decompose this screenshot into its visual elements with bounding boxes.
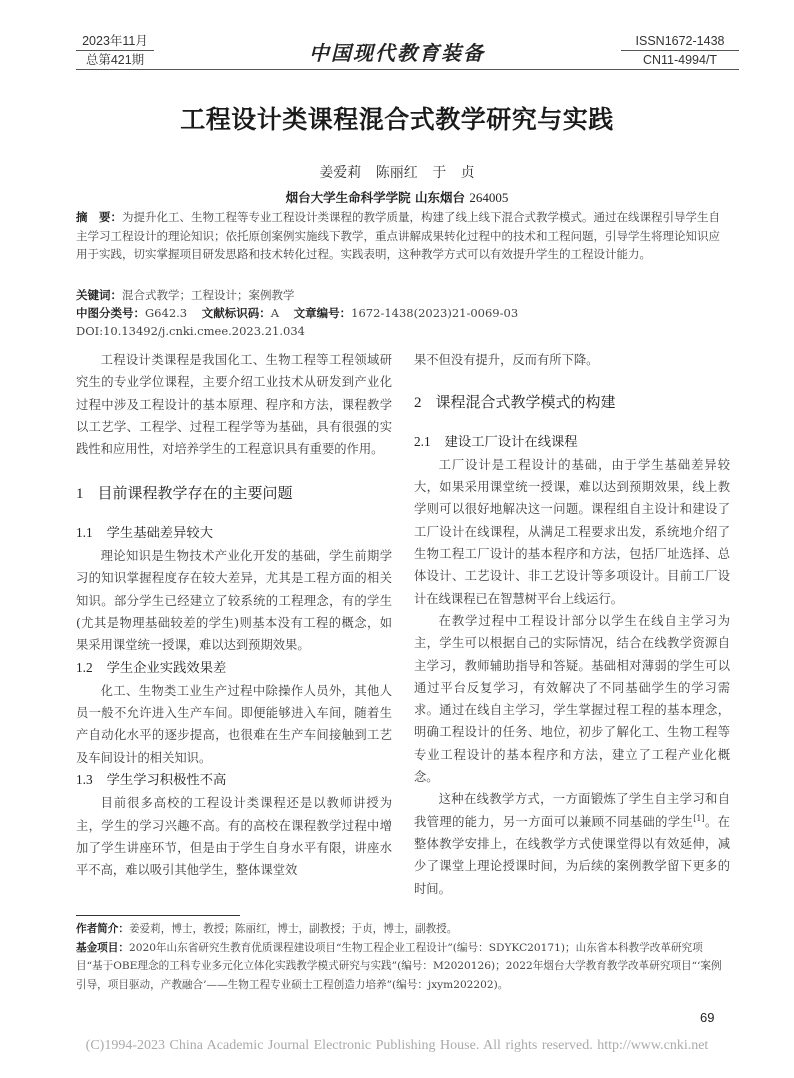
article-no-value: 1672-1438(2023)21-0069-03 xyxy=(351,306,518,320)
article-no-label: 文章编号： xyxy=(294,306,352,320)
page-number: 69 xyxy=(700,1010,714,1025)
subsection-title: 建设工厂设计在线课程 xyxy=(445,435,578,450)
clc-value: G642.3 xyxy=(145,306,187,320)
subsection-1-3-heading: 1.3学生学习积极性不高 xyxy=(76,769,392,792)
keywords-label: 关键词： xyxy=(76,288,122,302)
article-title: 工程设计类课程混合式教学研究与实践 xyxy=(0,100,794,136)
footnotes: 作者简介：姜爱莉，博士，教授；陈丽红，博士，副教授；于贞，博士，副教授。 基金项… xyxy=(76,920,728,994)
paragraph: 这种在线教学方式，一方面锻炼了学生自主学习和自我管理的能力，另一方面可以兼顾不同… xyxy=(414,788,730,899)
paragraph-continued: 果不但没有提升，反而有所下降。 xyxy=(414,349,730,371)
paragraph: 化工、生物类工业生产过程中除操作人员外，其他人员一般不允许进入生产车间。即便能够… xyxy=(76,680,392,769)
affiliation-name: 烟台大学生命科学学院 山东烟台 xyxy=(286,190,465,205)
cn-number: CN11-4994/T xyxy=(621,51,739,68)
subsection-number: 1.1 xyxy=(76,525,93,540)
author-info-text: 姜爱莉，博士，教授；陈丽红，博士，副教授；于贞，博士，副教授。 xyxy=(129,923,457,935)
abstract: 摘 要：为提升化工、生物工程等专业工程设计类课程的教学质量，构建了线上线下混合式… xyxy=(76,208,728,264)
subsection-number: 1.2 xyxy=(76,660,93,675)
section-number: 2 xyxy=(414,395,422,411)
section-number: 1 xyxy=(76,486,84,502)
paragraph-text: 这种在线教学方式，一方面锻炼了学生自主学习和自我管理的能力，另一方面可以兼顾不同… xyxy=(414,792,730,828)
keywords: 关键词：混合式教学；工程设计；案例教学 xyxy=(76,286,728,304)
citation-ref[interactable]: [1] xyxy=(693,814,704,823)
intro-paragraph: 工程设计类课程是我国化工、生物工程等工程领域研究生的专业学位课程，主要介绍工业技… xyxy=(76,349,392,460)
issn-block: ISSN1672-1438 CN11-4994/T xyxy=(621,34,739,68)
header-rule xyxy=(76,69,739,70)
subsection-1-1-heading: 1.1学生基础差异较大 xyxy=(76,522,392,545)
footnote-rule xyxy=(76,915,240,916)
fund-info-label: 基金项目： xyxy=(76,942,129,954)
doi: DOI:10.13492/j.cnki.cmee.2023.21.034 xyxy=(76,322,728,340)
subsection-title: 学生企业实践效果差 xyxy=(107,661,227,676)
section-title: 目前课程教学存在的主要问题 xyxy=(98,484,293,502)
paragraph: 理论知识是生物技术产业化开发的基础，学生前期学习的知识掌握程度存在较大差异，尤其… xyxy=(76,545,392,656)
doc-code-label: 文献标识码： xyxy=(202,306,271,320)
copyright-notice: (C)1994-2023 China Academic Journal Elec… xyxy=(0,1038,794,1054)
doc-code-value: A xyxy=(271,306,279,320)
paragraph: 在教学过程中工程设计部分以学生在线自主学习为主，学生可以根据自己的实际情况，结合… xyxy=(414,610,730,788)
paragraph: 目前很多高校的工程设计类课程还是以教师讲授为主，学生的学习兴趣不高。有的高校在课… xyxy=(76,792,392,881)
section-1-heading: 1目前课程教学存在的主要问题 xyxy=(76,482,392,505)
subsection-title: 学生学习积极性不高 xyxy=(107,773,227,788)
subsection-number: 1.3 xyxy=(76,772,93,787)
left-column: 工程设计类课程是我国化工、生物工程等工程领域研究生的专业学位课程，主要介绍工业技… xyxy=(76,349,392,882)
fund-info-text: 2020年山东省研究生教育优质课程建设项目“生物工程企业工程设计”(编号：SDY… xyxy=(76,942,722,991)
keywords-text: 混合式教学；工程设计；案例教学 xyxy=(122,288,295,302)
paragraph: 工厂设计是工程设计的基础，由于学生基础差异较大，如果采用课堂统一授课，难以达到预… xyxy=(414,454,730,610)
subsection-number: 2.1 xyxy=(414,434,431,449)
subsection-1-2-heading: 1.2学生企业实践效果差 xyxy=(76,657,392,680)
subsection-title: 学生基础差异较大 xyxy=(107,526,213,541)
section-title: 课程混合式教学模式的构建 xyxy=(436,393,616,411)
authors: 姜爱莉 陈丽红 于 贞 xyxy=(0,162,794,182)
abstract-label: 摘 要： xyxy=(76,210,122,224)
abstract-text: 为提升化工、生物工程等专业工程设计类课程的教学质量，构建了线上线下混合式教学模式… xyxy=(76,210,720,261)
classification-line: 中图分类号：G642.3 文献标识码：A 文章编号：1672-1438(2023… xyxy=(76,304,728,322)
author-info-label: 作者简介： xyxy=(76,923,129,935)
section-2-heading: 2课程混合式教学模式的构建 xyxy=(414,391,730,414)
clc-label: 中图分类号： xyxy=(76,306,145,320)
subsection-2-1-heading: 2.1建设工厂设计在线课程 xyxy=(414,431,730,454)
postcode: 264005 xyxy=(469,190,508,205)
author-info: 作者简介：姜爱莉，博士，教授；陈丽红，博士，副教授；于贞，博士，副教授。 xyxy=(76,920,728,939)
affiliation: 烟台大学生命科学学院 山东烟台 264005 xyxy=(0,188,794,206)
right-column: 果不但没有提升，反而有所下降。 2课程混合式教学模式的构建 2.1建设工厂设计在… xyxy=(414,349,730,900)
issn: ISSN1672-1438 xyxy=(621,34,739,51)
fund-info: 基金项目：2020年山东省研究生教育优质课程建设项目“生物工程企业工程设计”(编… xyxy=(76,939,728,995)
